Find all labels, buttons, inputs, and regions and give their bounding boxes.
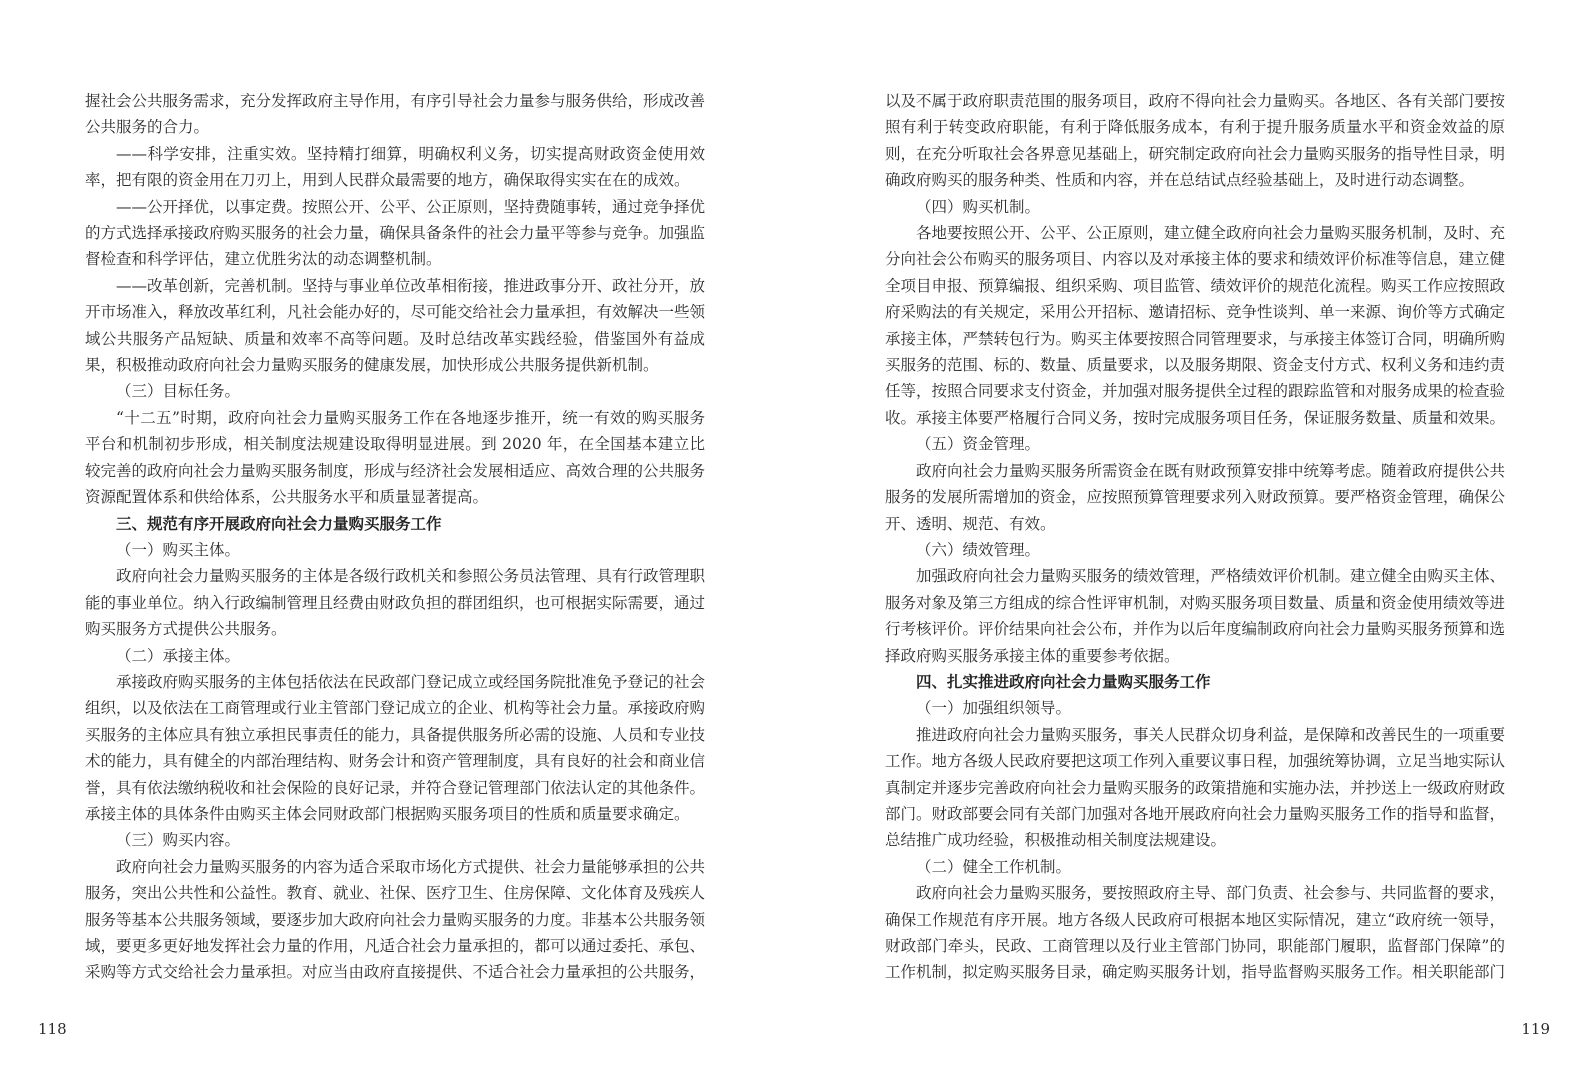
- paragraph: 以及不属于政府职责范围的服务项目，政府不得向社会力量购买。各地区、各有关部门要按…: [885, 88, 1505, 194]
- paragraph: 各地要按照公开、公平、公正原则，建立健全政府向社会力量购买服务机制，及时、充分向…: [885, 220, 1505, 431]
- page-text: 以及不属于政府职责范围的服务项目，政府不得向社会力量购买。各地区、各有关部门要按…: [885, 88, 1505, 986]
- section-heading: 四、扎实推进政府向社会力量购买服务工作: [885, 669, 1505, 695]
- section-heading: 三、规范有序开展政府向社会力量购买服务工作: [85, 511, 705, 537]
- paragraph: 政府向社会力量购买服务，要按照政府主导、部门负责、社会参与、共同监督的要求，确保…: [885, 880, 1505, 986]
- paragraph: ——改革创新，完善机制。坚持与事业单位改革相衔接，推进政事分开、政社分开，放开市…: [85, 273, 705, 379]
- paragraph: （一）购买主体。: [85, 537, 705, 563]
- paragraph: 政府向社会力量购买服务的内容为适合采取市场化方式提供、社会力量能够承担的公共服务…: [85, 854, 705, 986]
- paragraph: （二）健全工作机制。: [885, 854, 1505, 880]
- paragraph: （六）绩效管理。: [885, 537, 1505, 563]
- paragraph: （三）目标任务。: [85, 378, 705, 404]
- paragraph: 握社会公共服务需求，充分发挥政府主导作用，有序引导社会力量参与服务供给，形成改善…: [85, 88, 705, 141]
- paragraph: “十二五”时期，政府向社会力量购买服务工作在各地逐步推开，统一有效的购买服务平台…: [85, 405, 705, 511]
- paragraph: 加强政府向社会力量购买服务的绩效管理，严格绩效评价机制。建立健全由购买主体、服务…: [885, 563, 1505, 669]
- paragraph: ——公开择优，以事定费。按照公开、公平、公正原则，坚持费随事转，通过竞争择优的方…: [85, 194, 705, 273]
- page-right: 以及不属于政府职责范围的服务项目，政府不得向社会力量购买。各地区、各有关部门要按…: [885, 88, 1505, 986]
- book-spread: 握社会公共服务需求，充分发挥政府主导作用，有序引导社会力量参与服务供给，形成改善…: [0, 0, 1587, 1077]
- paragraph: （四）购买机制。: [885, 194, 1505, 220]
- page-left: 握社会公共服务需求，充分发挥政府主导作用，有序引导社会力量参与服务供给，形成改善…: [85, 88, 705, 986]
- paragraph: 推进政府向社会力量购买服务，事关人民群众切身利益，是保障和改善民生的一项重要工作…: [885, 722, 1505, 854]
- paragraph: 承接政府购买服务的主体包括依法在民政部门登记成立或经国务院批准免予登记的社会组织…: [85, 669, 705, 827]
- page-number-right: 119: [1521, 1020, 1550, 1038]
- paragraph: （三）购买内容。: [85, 827, 705, 853]
- page-number-left: 118: [38, 1020, 67, 1038]
- paragraph: （二）承接主体。: [85, 643, 705, 669]
- paragraph: 政府向社会力量购买服务所需资金在既有财政预算安排中统筹考虑。随着政府提供公共服务…: [885, 458, 1505, 537]
- paragraph: （五）资金管理。: [885, 431, 1505, 457]
- paragraph: 政府向社会力量购买服务的主体是各级行政机关和参照公务员法管理、具有行政管理职能的…: [85, 563, 705, 642]
- page-text: 握社会公共服务需求，充分发挥政府主导作用，有序引导社会力量参与服务供给，形成改善…: [85, 88, 705, 986]
- paragraph: （一）加强组织领导。: [885, 695, 1505, 721]
- paragraph: ——科学安排，注重实效。坚持精打细算，明确权利义务，切实提高财政资金使用效率，把…: [85, 141, 705, 194]
